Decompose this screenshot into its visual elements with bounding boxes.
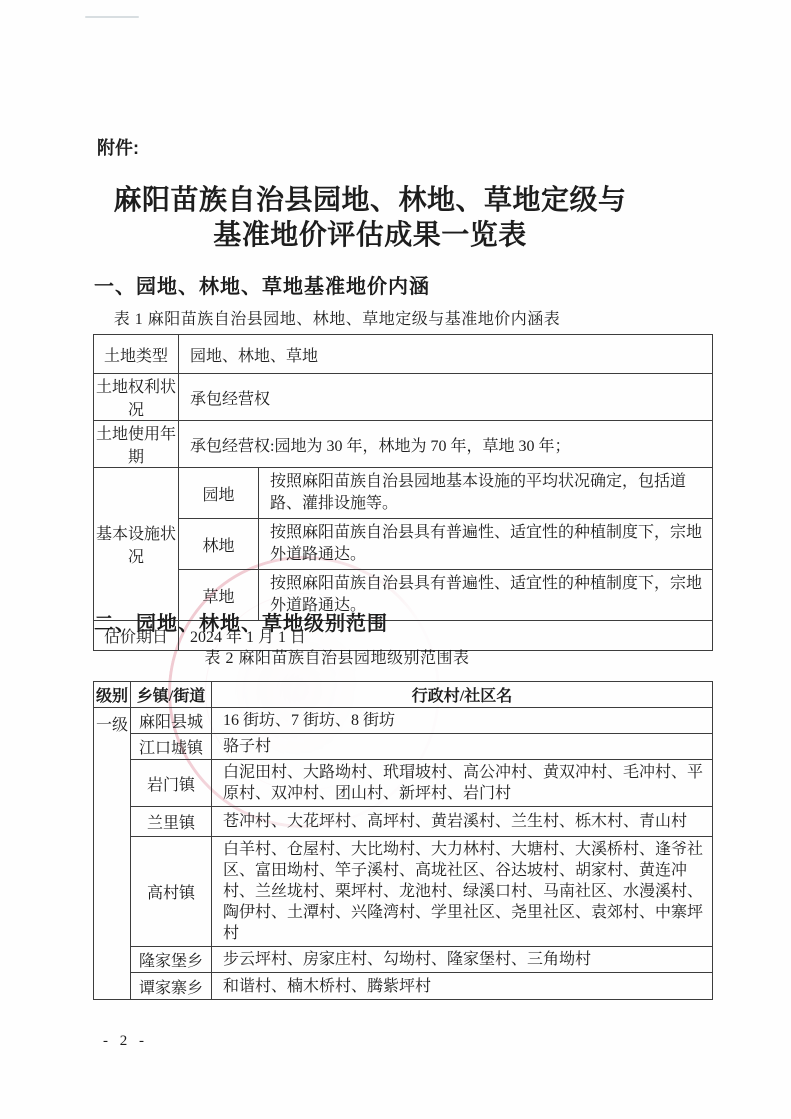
town-cell: 高村镇 [131,837,212,947]
table-1-land-price-definition: 土地类型 园地、林地、草地 土地权利状况 承包经营权 土地使用年期 承包经营权:… [93,334,713,651]
villages-cell: 苍冲村、大花坪村、高坪村、黄岩溪村、兰生村、栎木村、青山村 [212,807,713,837]
header-grade: 级别 [94,682,131,708]
row-value-land-type: 园地、林地、草地 [179,335,713,374]
document-page: 附件: 麻阳苗族自治县园地、林地、草地定级与 基准地价评估成果一览表 一、园地、… [0,0,791,1119]
town-cell: 兰里镇 [131,807,212,837]
row-label-use-term: 土地使用年期 [94,421,179,468]
table-row: 基本设施状况 园地 按照麻阳苗族自治县园地基本设施的平均状况确定，包括道路、灌排… [94,468,713,519]
table-row: 土地类型 园地、林地、草地 [94,335,713,374]
document-title-line-2: 基准地价评估成果一览表 [55,217,685,252]
town-cell: 江口墟镇 [131,734,212,760]
town-cell: 谭家寨乡 [131,973,212,1000]
header-town: 乡镇/街道 [131,682,212,708]
facility-subtype-forest: 林地 [179,519,259,570]
facility-desc-forest: 按照麻阳苗族自治县具有普遍性、适宜性的种植制度下，宗地外道路通达。 [259,519,713,570]
table-row: 岩门镇 白泥田村、大路坳村、玳瑁坡村、高公冲村、黄双冲村、毛冲村、平原村、双冲村… [94,760,713,807]
table-row: 隆家堡乡 步云坪村、房家庄村、勾坳村、隆家堡村、三角坳村 [94,947,713,973]
table-row: 土地权利状况 承包经营权 [94,374,713,421]
table-row: 兰里镇 苍冲村、大花坪村、高坪村、黄岩溪村、兰生村、栎木村、青山村 [94,807,713,837]
header-villages: 行政村/社区名 [212,682,713,708]
page-number: - 2 - [103,1033,148,1050]
town-cell: 岩门镇 [131,760,212,807]
villages-cell: 白羊村、仓屋村、大比坳村、大力林村、大塘村、大溪桥村、逢爷社区、富田坳村、竿子溪… [212,837,713,947]
section-1-heading: 一、园地、林地、草地基准地价内涵 [94,270,430,299]
attachment-label: 附件: [97,134,139,160]
document-title: 麻阳苗族自治县园地、林地、草地定级与 基准地价评估成果一览表 [55,182,685,252]
villages-cell: 和谐村、楠木桥村、腾紫坪村 [212,973,713,1000]
table-row: 谭家寨乡 和谐村、楠木桥村、腾紫坪村 [94,973,713,1000]
row-label-land-type: 土地类型 [94,335,179,374]
scan-artifact [85,16,139,18]
town-cell: 麻阳县城 [131,708,212,734]
document-title-line-1: 麻阳苗族自治县园地、林地、草地定级与 [55,182,685,217]
section-2-heading: 二、园地、林地、草地级别范围 [94,607,388,636]
villages-cell: 16 街坊、7 街坊、8 街坊 [212,708,713,734]
row-value-use-term: 承包经营权:园地为 30 年，林地为 70 年，草地 30 年； [179,421,713,468]
grade-level-cell: 一级 [94,708,131,1000]
table-2-caption: 表 2 麻阳苗族自治县园地级别范围表 [28,645,646,668]
row-label-land-rights: 土地权利状况 [94,374,179,421]
table-header-row: 级别 乡镇/街道 行政村/社区名 [94,682,713,708]
facility-subtype-orchard: 园地 [179,468,259,519]
table-1-caption: 表 1 麻阳苗族自治县园地、林地、草地定级与基准地价内涵表 [28,306,646,329]
table-row: 高村镇 白羊村、仓屋村、大比坳村、大力林村、大塘村、大溪桥村、逢爷社区、富田坳村… [94,837,713,947]
villages-cell: 骆子村 [212,734,713,760]
town-cell: 隆家堡乡 [131,947,212,973]
table-2-orchard-grade-range: 级别 乡镇/街道 行政村/社区名 一级 麻阳县城 16 街坊、7 街坊、8 街坊… [93,681,713,1000]
row-value-land-rights: 承包经营权 [179,374,713,421]
villages-cell: 白泥田村、大路坳村、玳瑁坡村、高公冲村、黄双冲村、毛冲村、平原村、双冲村、团山村… [212,760,713,807]
villages-cell: 步云坪村、房家庄村、勾坳村、隆家堡村、三角坳村 [212,947,713,973]
facility-desc-orchard: 按照麻阳苗族自治县园地基本设施的平均状况确定，包括道路、灌排设施等。 [259,468,713,519]
table-row: 江口墟镇 骆子村 [94,734,713,760]
table-row: 林地 按照麻阳苗族自治县具有普遍性、适宜性的种植制度下，宗地外道路通达。 [94,519,713,570]
row-label-facilities: 基本设施状况 [94,468,179,621]
table-row: 一级 麻阳县城 16 街坊、7 街坊、8 街坊 [94,708,713,734]
table-row: 土地使用年期 承包经营权:园地为 30 年，林地为 70 年，草地 30 年； [94,421,713,468]
